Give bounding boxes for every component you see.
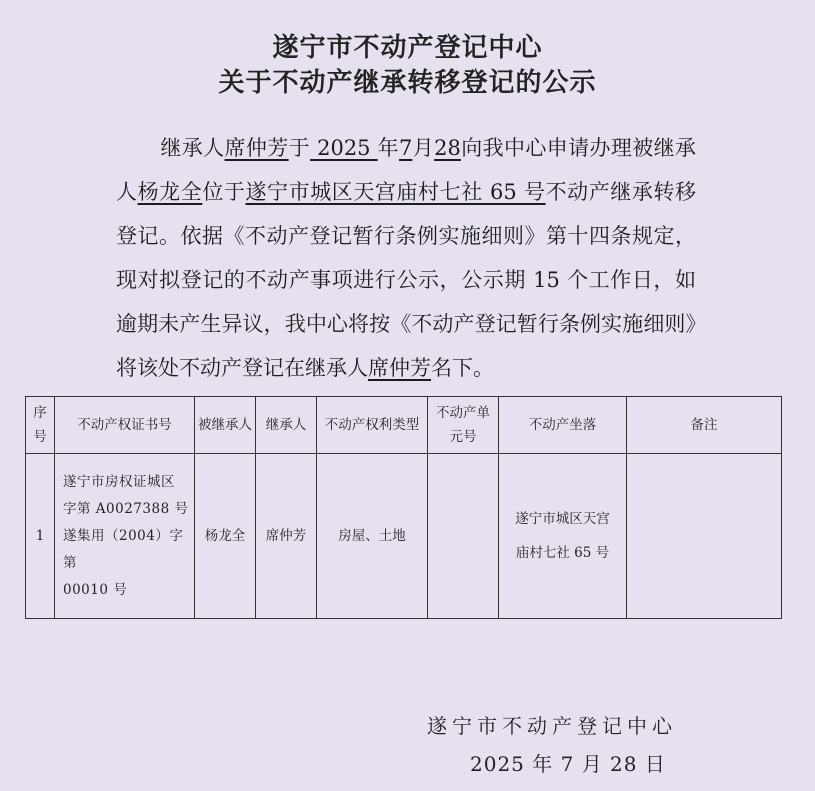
body-text: 名下。	[431, 356, 494, 380]
body-text: 年	[378, 136, 399, 160]
location-line: 遂宁市城区天宫	[501, 502, 624, 536]
cell-index: 1	[26, 454, 55, 619]
cell-decedent: 杨龙全	[195, 454, 256, 619]
body-text: 不动产继承转移登记。依据《不动产登记暂行条例实施细则》第十四条规定，现对拟登记的…	[116, 180, 696, 380]
table-header-row: 序号 不动产权证书号 被继承人 继承人 不动产权利类型 不动产单元号 不动产坐落…	[26, 397, 782, 454]
cell-unit-no	[428, 454, 499, 619]
header-certificate: 不动产权证书号	[55, 397, 195, 454]
apply-day: 28	[434, 136, 461, 160]
cell-location: 遂宁市城区天宫 庙村七社 65 号	[499, 454, 627, 619]
body-text: 继承人	[160, 136, 225, 160]
header-location: 不动产坐落	[499, 397, 627, 454]
header-index: 序号	[26, 397, 55, 454]
certificate-line: 00010 号	[63, 577, 192, 604]
certificate-line: 字第 A0027388 号	[63, 496, 192, 523]
body-text: 于	[289, 136, 310, 160]
body-text: 位于	[202, 180, 245, 204]
heir-name-repeat: 席仲芳	[368, 356, 431, 380]
document-title-org: 遂宁市不动产登记中心	[0, 27, 815, 64]
location-line: 庙村七社 65 号	[501, 536, 624, 570]
cell-right-type: 房屋、土地	[317, 454, 428, 619]
header-right-type: 不动产权利类型	[317, 397, 428, 454]
apply-year: 2025	[310, 136, 378, 160]
certificate-line: 遂集用（2004）字第	[63, 523, 192, 577]
heir-name: 席仲芳	[225, 136, 289, 160]
body-text: 月	[412, 136, 434, 160]
document-title-subject: 关于不动产继承转移登记的公示	[0, 62, 815, 99]
table-row: 1 遂宁市房权证城区 字第 A0027388 号 遂集用（2004）字第 000…	[26, 454, 782, 619]
signature-date: 2025 年 7 月 28 日	[470, 748, 666, 777]
certificate-line: 遂宁市房权证城区	[63, 469, 192, 496]
header-remark: 备注	[627, 397, 782, 454]
header-unit-no: 不动产单元号	[428, 397, 499, 454]
cell-remark	[627, 454, 782, 619]
notice-body: 继承人席仲芳于 2025 年7月28向我中心申请办理被继承人杨龙全位于遂宁市城区…	[116, 126, 696, 390]
property-table: 序号 不动产权证书号 被继承人 继承人 不动产权利类型 不动产单元号 不动产坐落…	[25, 396, 782, 619]
header-decedent: 被继承人	[195, 397, 256, 454]
cell-heir: 席仲芳	[256, 454, 317, 619]
header-heir: 继承人	[256, 397, 317, 454]
signature-org: 遂宁市不动产登记中心	[427, 710, 677, 739]
apply-month: 7	[399, 136, 412, 160]
property-address: 遂宁市城区天宫庙村七社 65 号	[245, 180, 545, 204]
decedent-name: 杨龙全	[138, 180, 203, 204]
cell-certificate: 遂宁市房权证城区 字第 A0027388 号 遂集用（2004）字第 00010…	[55, 454, 195, 619]
